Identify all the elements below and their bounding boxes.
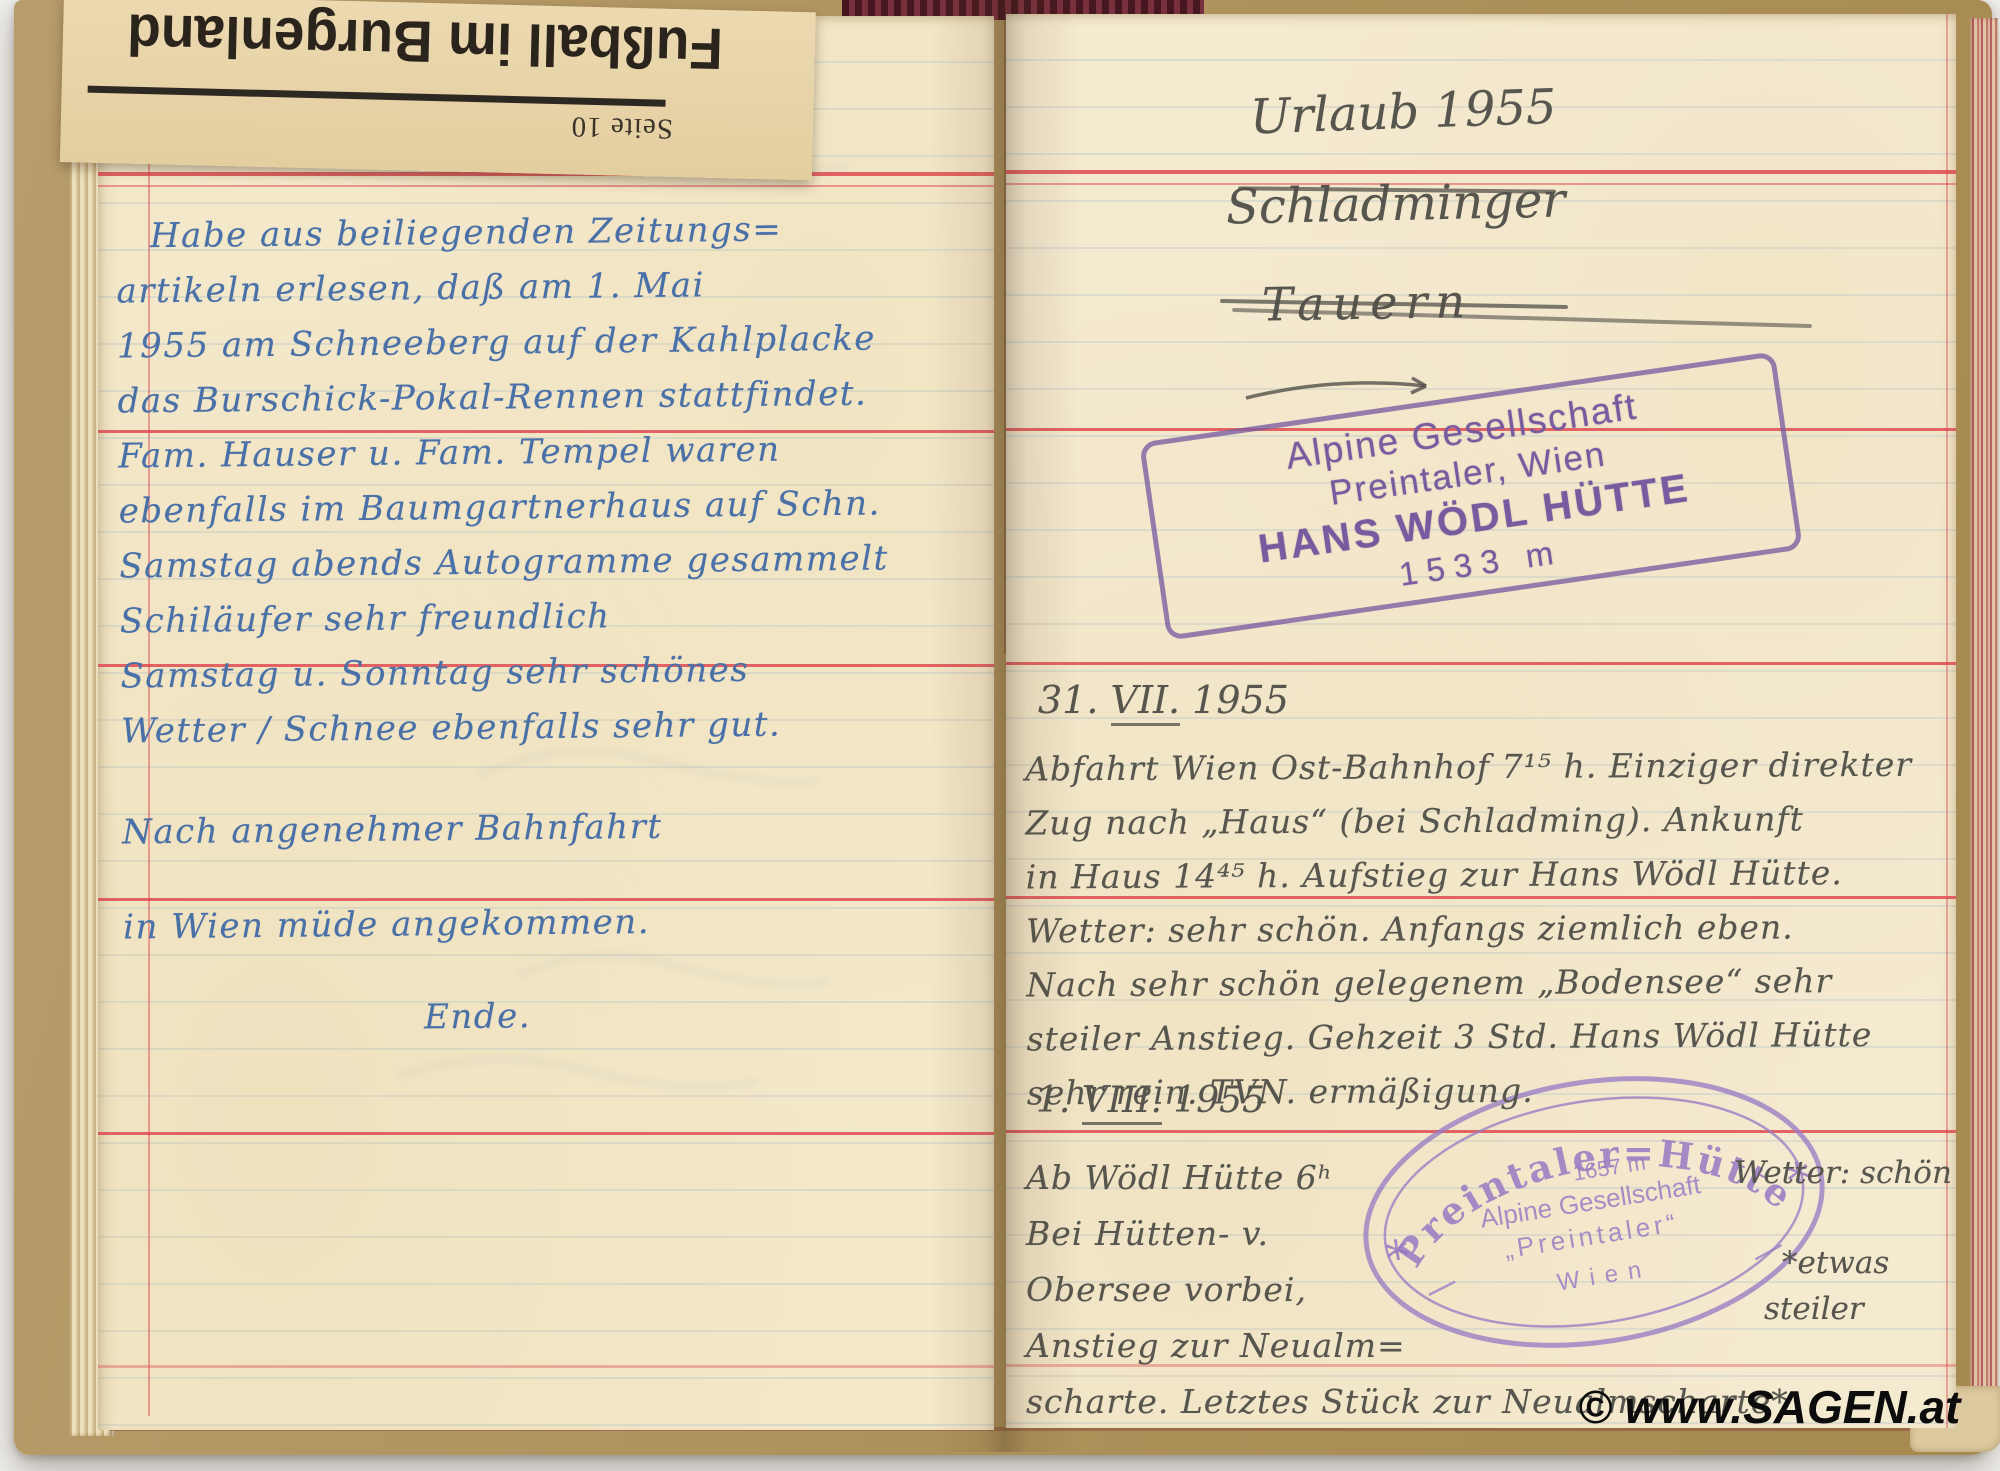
book-gutter-line: [1004, 14, 1006, 654]
hut-stamp-rect: Alpine Gesellschaft Preintaler, Wien HAN…: [1139, 351, 1803, 641]
closing-word: Ende.: [124, 984, 985, 1048]
handwritten-line: Abfahrt Wien Ost-Bahnhof 7¹⁵ h. Einziger…: [1025, 738, 1960, 797]
handwritten-line: Samstag u. Sonntag sehr schönes: [120, 640, 981, 704]
date-day: 1.: [1036, 1080, 1070, 1121]
clipping-rule: [88, 86, 666, 107]
handwritten-line: steiler Anstieg. Gehzeit 3 Std. Hans Wöd…: [1026, 1008, 1961, 1067]
title-line: Schladminger: [1225, 174, 1565, 233]
handwritten-line: Wetter: schön: [1734, 1150, 1952, 1196]
handwritten-line: in Wien müde angekommen.: [123, 891, 984, 955]
clipping-page-number: Seite 10: [570, 109, 673, 144]
handwritten-line: Fam. Hauser u. Fam. Tempel waren: [118, 421, 979, 485]
handwritten-line: Nach sehr schön gelegenem „Bodensee“ seh…: [1026, 954, 1961, 1013]
red-rule: [1006, 662, 1956, 665]
date-day: 31.: [1038, 678, 1098, 722]
right-page: Urlaub 1955 Schladminger Tauern Alpine G…: [1006, 14, 1956, 1428]
entry-date: 31. VII. 1955: [1038, 678, 1289, 722]
diary-scan: Habe aus beiliegenden Zeitungs= artikeln…: [0, 0, 2000, 1471]
handwritten-line: steiler: [1764, 1286, 1952, 1332]
clipping-flipped-content: Seite 10 Fußball im Burgenland: [60, 0, 816, 180]
clipping-headline: Fußball im Burgenland: [126, 1, 723, 83]
handwritten-line: Habe aus beiliegenden Zeitungs=: [116, 201, 977, 265]
date-month: VII.: [1111, 678, 1181, 726]
handwritten-line: das Burschick-Pokal-Rennen stattfindet.: [117, 366, 978, 430]
handwritten-line: Zug nach „Haus“ (bei Schladming). Ankunf…: [1025, 792, 1960, 851]
title-line: Urlaub 1955: [1249, 81, 1566, 144]
handwritten-line: artikeln erlesen, daß am 1. Mai: [116, 256, 977, 320]
handwritten-line: ebenfalls im Baumgartnerhaus auf Schn.: [119, 476, 980, 540]
page-edges-right: [1970, 18, 1998, 1430]
handwritten-line: Wetter / Schnee ebenfalls sehr gut.: [121, 695, 982, 759]
entry-date: 1. VIII. 1955: [1036, 1080, 1265, 1121]
handwritten-line: Nach angenehmer Bahnfahrt: [122, 796, 983, 860]
handwritten-line: Schiläufer sehr freundlich: [120, 585, 981, 649]
left-page: Habe aus beiliegenden Zeitungs= artikeln…: [98, 16, 994, 1430]
page-title: Urlaub 1955 Schladminger Tauern: [1226, 86, 1565, 328]
weather-side-notes: Wetter: schön *etwas steiler: [1734, 1150, 1952, 1332]
newspaper-clipping: Seite 10 Fußball im Burgenland: [60, 0, 816, 180]
handwritten-line: in Haus 14⁴⁵ h. Aufstieg zur Hans Wödl H…: [1026, 846, 1961, 905]
date-month: VIII.: [1082, 1080, 1162, 1125]
date-year: 1955: [1173, 1080, 1265, 1121]
date-year: 1955: [1192, 678, 1289, 722]
handwritten-line: Samstag abends Autogramme gesammelt: [119, 531, 980, 595]
handwritten-line: *etwas: [1782, 1240, 1952, 1286]
diary-entry-1: Abfahrt Wien Ost-Bahnhof 7¹⁵ h. Einziger…: [1025, 738, 1962, 1121]
handwritten-line: 1955 am Schneeberg auf der Kahlplacke: [117, 311, 978, 375]
handwritten-line: Wetter: sehr schön. Anfangs ziemlich ebe…: [1026, 900, 1961, 959]
diary-entry-left: Habe aus beiliegenden Zeitungs= artikeln…: [116, 201, 985, 1049]
sagen-watermark: © www.SAGEN.at: [1578, 1380, 1960, 1434]
